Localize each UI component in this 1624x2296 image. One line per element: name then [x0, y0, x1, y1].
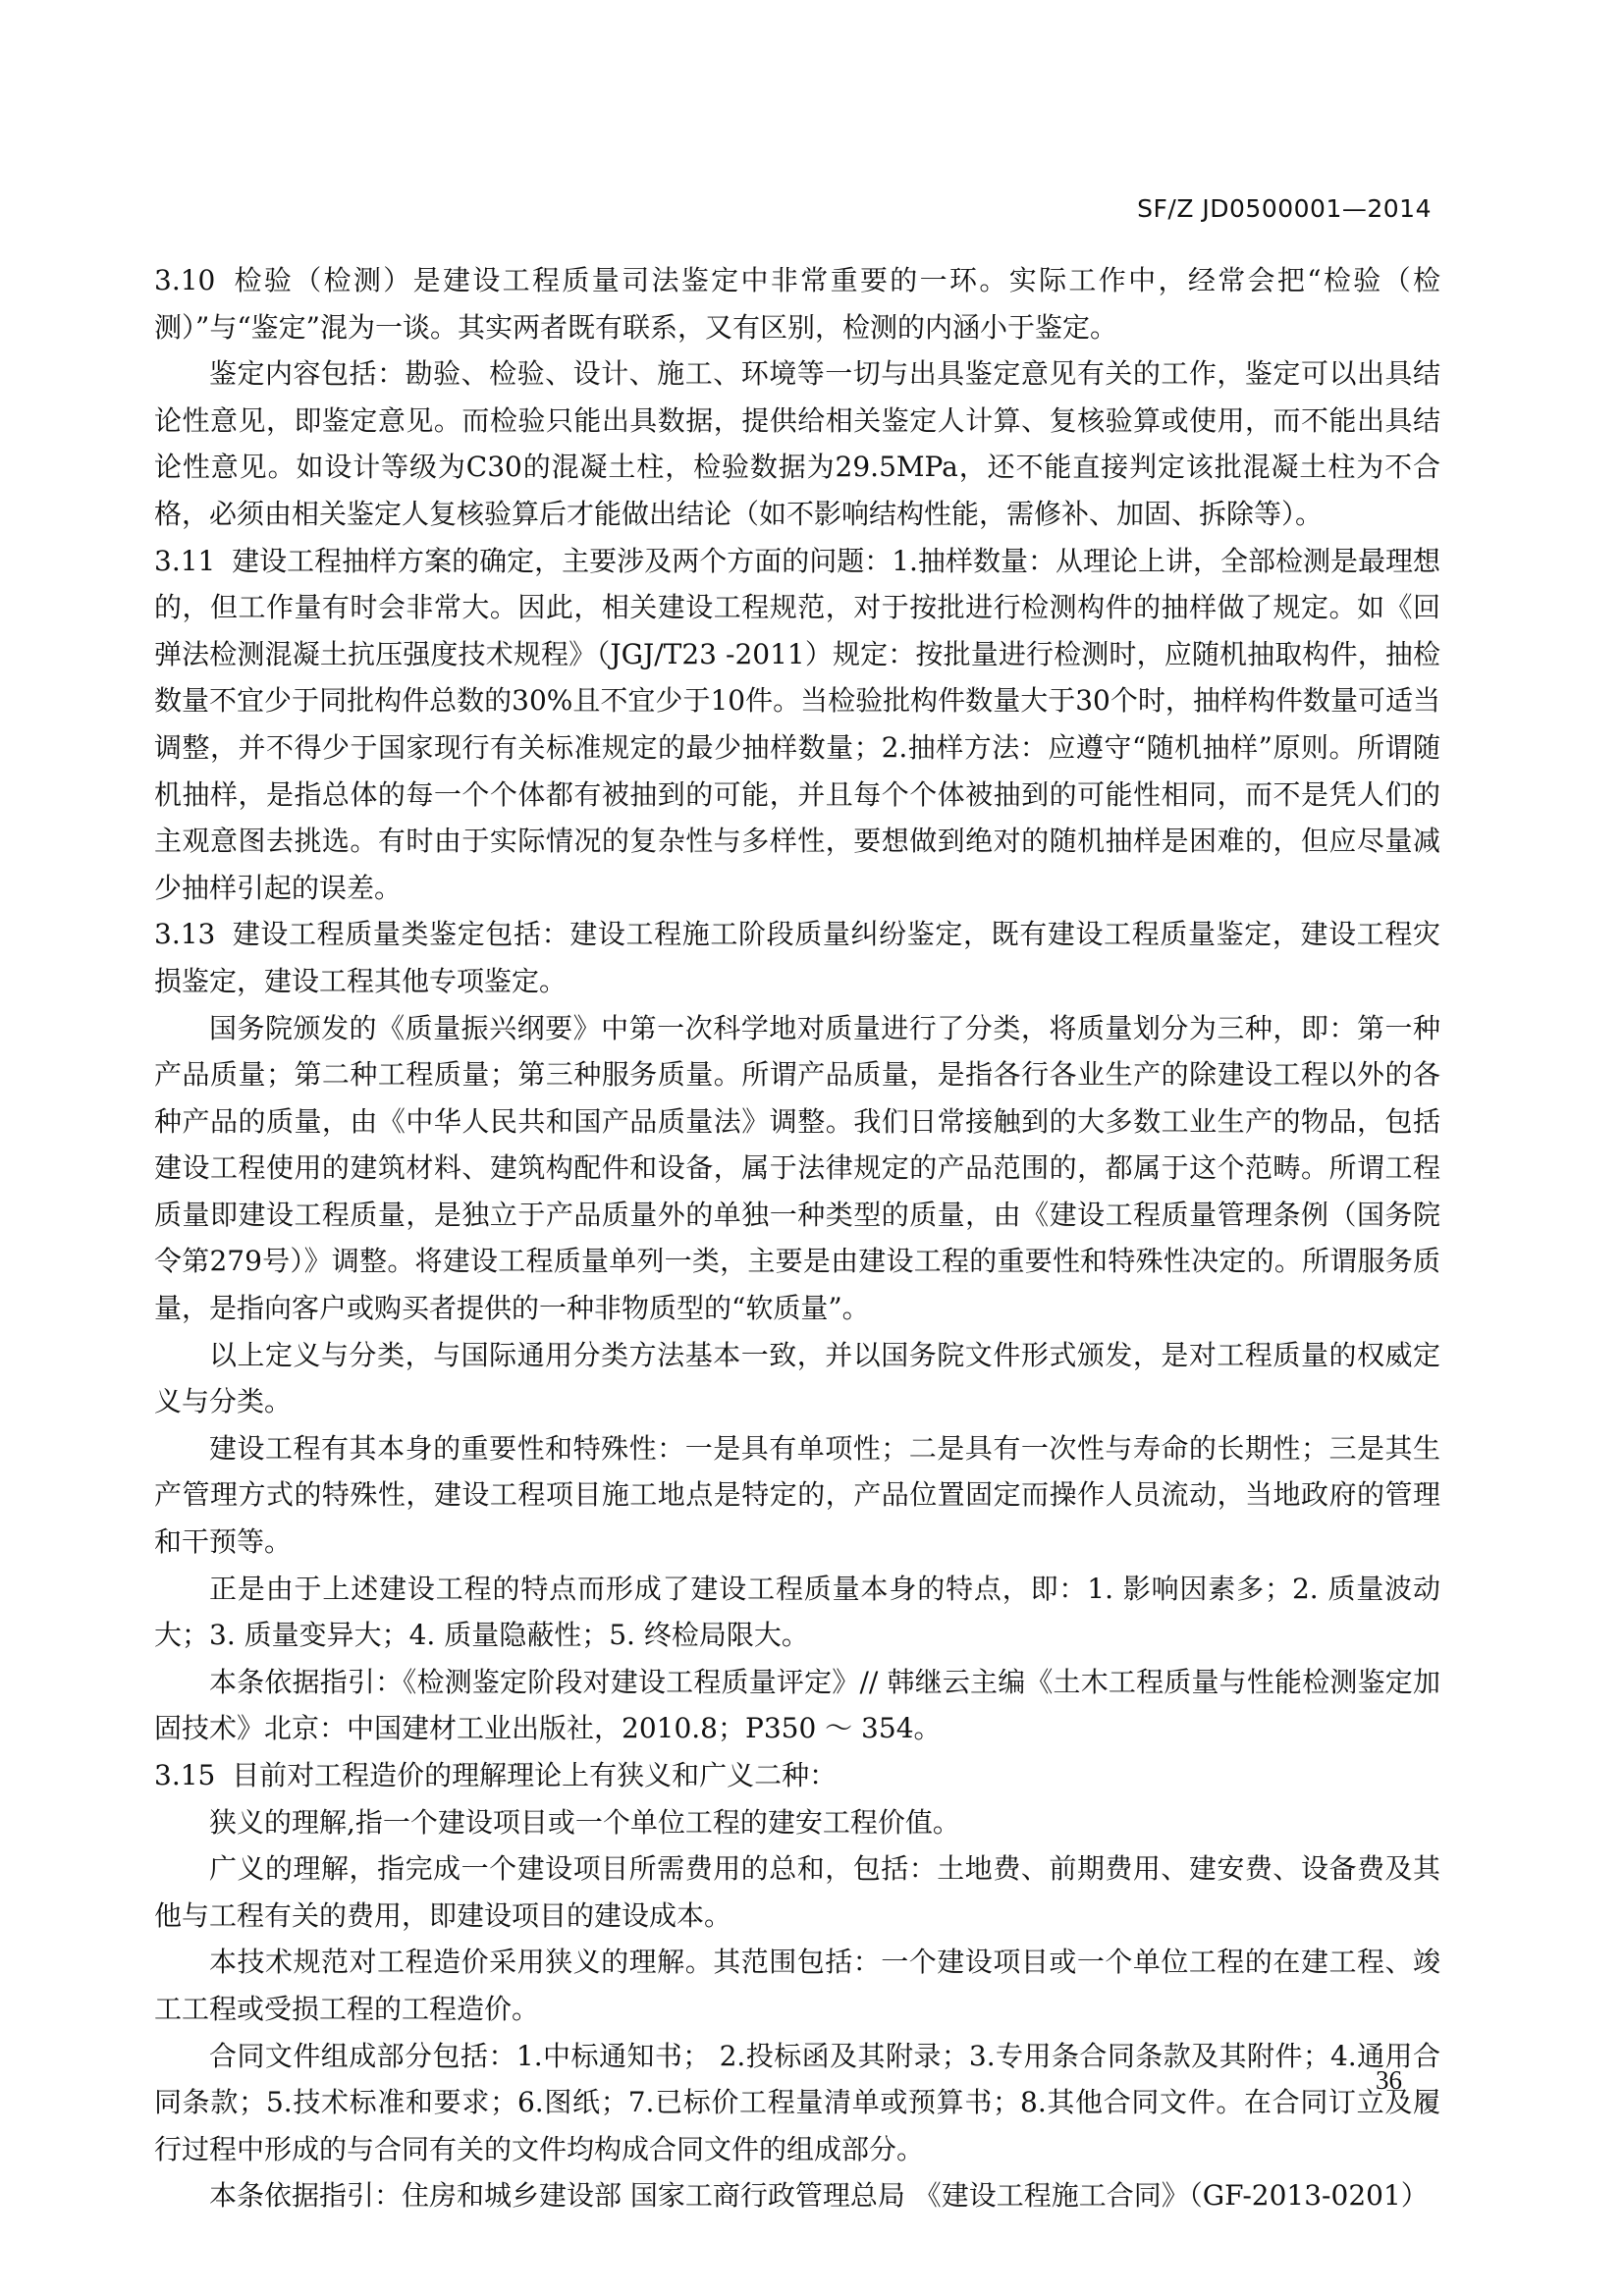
clause-3-13: 3.13建设工程质量类鉴定包括：建设工程施工阶段质量纠纷鉴定，既有建设工程质量鉴… [154, 911, 1440, 1004]
document-page: SF/Z JD0500001—2014 3.10检验（检测）是建设工程质量司法鉴… [0, 0, 1624, 2296]
paragraph: 广义的理解，指完成一个建设项目所需费用的总和，包括：土地费、前期费用、建安费、设… [154, 1845, 1440, 1939]
document-body: 3.10检验（检测）是建设工程质量司法鉴定中非常重要的一环。实际工作中，经常会把… [154, 257, 1440, 2219]
reference-paragraph: 本条依据指引：《检测鉴定阶段对建设工程质量评定》// 韩继云主编《土木工程质量与… [154, 1659, 1440, 1752]
paragraph: 正是由于上述建设工程的特点而形成了建设工程质量本身的特点，即：1. 影响因素多；… [154, 1566, 1440, 1659]
clause-text: 建设工程抽样方案的确定，主要涉及两个方面的问题：1.抽样数量：从理论上讲，全部检… [154, 545, 1440, 904]
document-code-header: SF/Z JD0500001—2014 [1137, 194, 1432, 223]
paragraph: 本技术规范对工程造价采用狭义的理解。其范围包括：一个建设项目或一个单位工程的在建… [154, 1939, 1440, 2032]
paragraph: 鉴定内容包括：勘验、检验、设计、施工、环境等一切与出具鉴定意见有关的工作，鉴定可… [154, 350, 1440, 537]
clause-text: 建设工程质量类鉴定包括：建设工程施工阶段质量纠纷鉴定，既有建设工程质量鉴定，建设… [154, 918, 1440, 997]
clause-3-10: 3.10检验（检测）是建设工程质量司法鉴定中非常重要的一环。实际工作中，经常会把… [154, 257, 1440, 350]
clause-number: 3.15 [154, 1759, 215, 1791]
clause-3-11: 3.11建设工程抽样方案的确定，主要涉及两个方面的问题：1.抽样数量：从理论上讲… [154, 538, 1440, 912]
paragraph: 以上定义与分类，与国际通用分类方法基本一致，并以国务院文件形式颁发，是对工程质量… [154, 1332, 1440, 1425]
reference-paragraph: 本条依据指引：住房和城乡建设部 国家工商行政管理总局 《建设工程施工合同》（GF… [154, 2172, 1440, 2219]
clause-number: 3.10 [154, 264, 215, 296]
clause-text: 目前对工程造价的理解理论上有狭义和广义二种： [232, 1759, 837, 1791]
clause-number: 3.11 [154, 545, 215, 577]
paragraph: 建设工程有其本身的重要性和特殊性：一是具有单项性；二是具有一次性与寿命的长期性；… [154, 1425, 1440, 1566]
clause-3-15: 3.15目前对工程造价的理解理论上有狭义和广义二种： [154, 1752, 1440, 1799]
paragraph: 国务院颁发的《质量振兴纲要》中第一次科学地对质量进行了分类，将质量划分为三种，即… [154, 1005, 1440, 1332]
clause-number: 3.13 [154, 918, 215, 950]
paragraph: 狭义的理解,指一个建设项目或一个单位工程的建安工程价值。 [154, 1799, 1440, 1846]
clause-text: 检验（检测）是建设工程质量司法鉴定中非常重要的一环。实际工作中，经常会把“检验（… [154, 264, 1440, 344]
paragraph: 合同文件组成部分包括：1.中标通知书； 2.投标函及其附录；3.专用条合同条款及… [154, 2033, 1440, 2173]
page-number: 36 [1376, 2065, 1402, 2096]
